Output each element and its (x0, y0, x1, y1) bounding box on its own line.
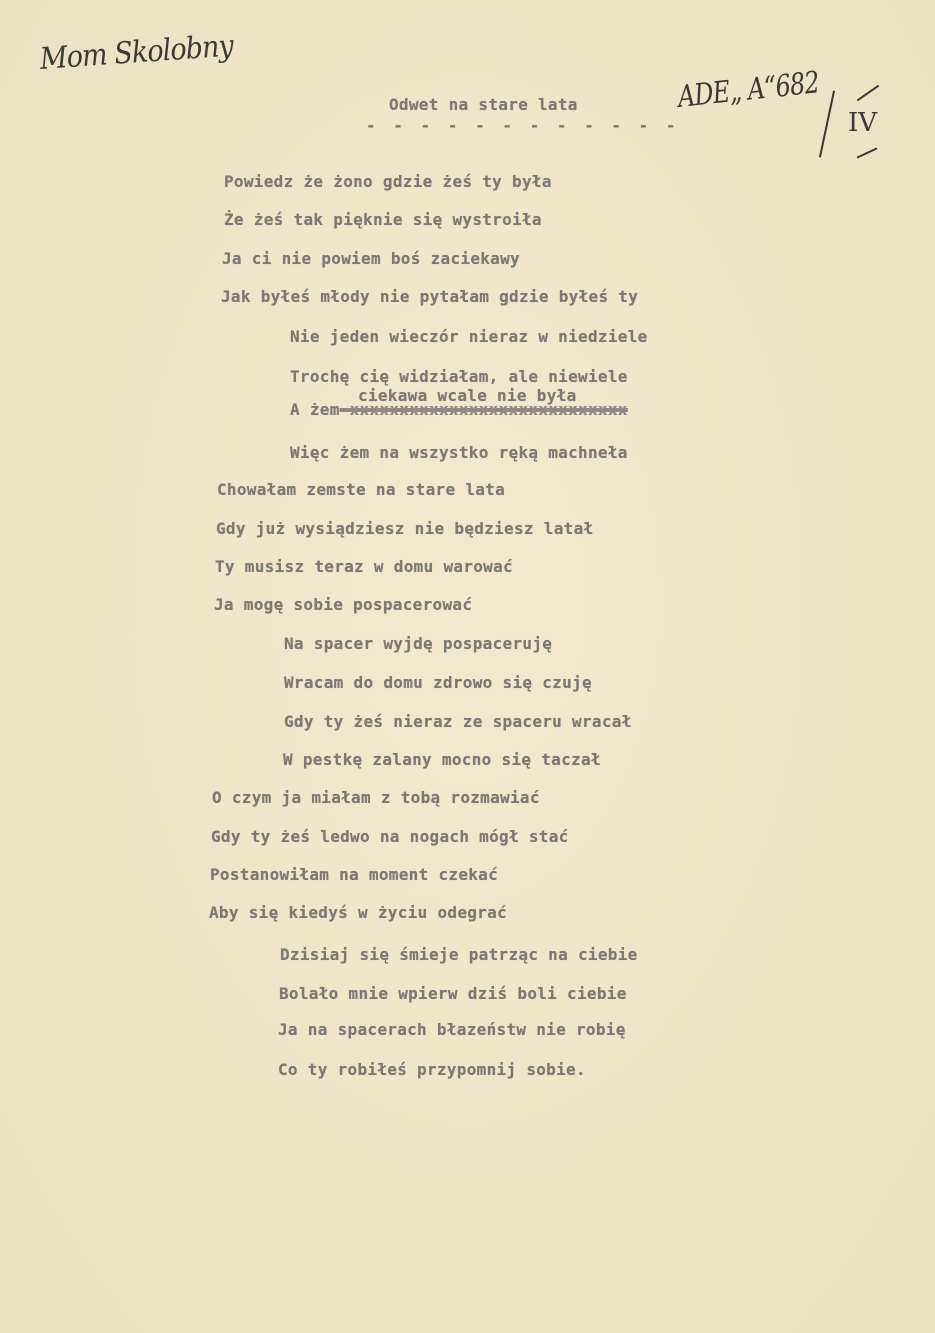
poem-line: Powiedz że żono gdzie żeś ty była (224, 172, 552, 191)
poem-line: Że żeś tak pięknie się wystroiła (224, 210, 542, 229)
poem-title: Odwet na stare lata (389, 95, 578, 114)
poem-line: Gdy ty żeś nieraz ze spaceru wracał (284, 712, 632, 731)
handwritten-mark (857, 85, 879, 102)
poem-line: Wracam do domu zdrowo się czuję (284, 673, 592, 692)
poem-line: Co ty robiłeś przypomnij sobie. (278, 1060, 586, 1079)
poem-line: Postanowiłam na moment czekać (210, 865, 498, 884)
poem-line: Ja mogę sobie pospacerować (214, 595, 472, 614)
poem-line: Ja na spacerach błazeństw nie robię (278, 1020, 626, 1039)
poem-line: Aby się kiedyś w życiu odegrać (209, 903, 507, 922)
handwritten-author-note: Mom Skolobny (39, 29, 234, 77)
poem-line: Chowałam zemste na stare lata (217, 480, 505, 499)
poem-line: Więc żem na wszystko ręką machneła (290, 443, 628, 462)
poem-line: Jak byłeś młody nie pytałam gdzie byłeś … (221, 287, 638, 306)
poem-line: Gdy ty żeś ledwo na nogach mógł stać (211, 827, 569, 846)
poem-line: Na spacer wyjdę pospaceruję (284, 634, 552, 653)
handwritten-volume-number: IV (848, 108, 877, 138)
poem-line: Ja ci nie powiem boś zaciekawy (222, 249, 520, 268)
handwritten-mark (857, 147, 878, 158)
poem-line: O czym ja miałam z tobą rozmawiać (212, 788, 540, 807)
poem-line: Ty musisz teraz w domu warować (215, 557, 513, 576)
handwritten-slash (819, 91, 835, 158)
title-underline: - - - - - - - - - - - - (366, 116, 680, 135)
poem-line: Trochę cię widziałam, ale niewiele (290, 367, 628, 386)
struck-out-text: xxxxxxxxxxxxxxxxxxxxxxxxxxxx (340, 400, 628, 419)
poem-line: W pestkę zalany mocno się taczał (283, 750, 601, 769)
poem-line: Bolało mnie wpierw dziś boli ciebie (279, 984, 627, 1003)
poem-line: Dzisiaj się śmieje patrząc na ciebie (280, 945, 638, 964)
typewritten-page: Mom Skolobny ADE„ A“682 IV Odwet na star… (0, 0, 935, 1333)
poem-line: Nie jeden wieczór nieraz w niedziele (290, 327, 648, 346)
poem-line: Gdy już wysiądziesz nie będziesz latał (216, 519, 593, 538)
poem-line: A żem xxxxxxxxxxxxxxxxxxxxxxxxxxxx (290, 400, 628, 419)
handwritten-archive-reference: ADE„ A“682 (676, 65, 820, 115)
